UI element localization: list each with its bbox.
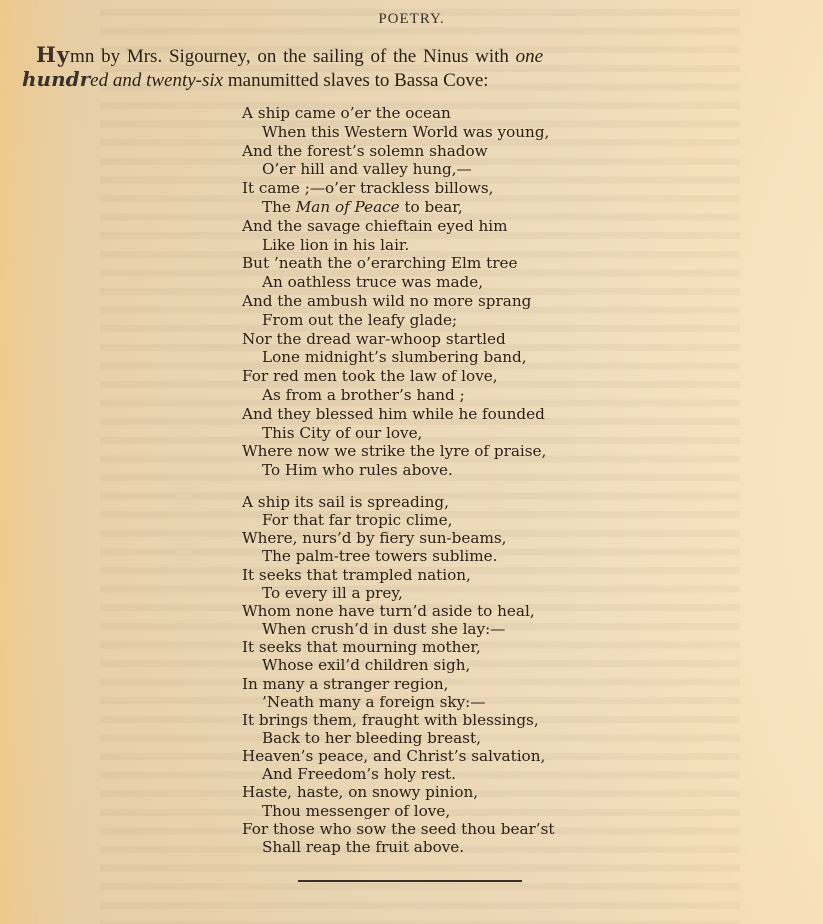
poem-line: Whom none have turn’d aside to heal,	[242, 602, 535, 620]
poem-line-text: And the savage chieftain eyed him	[242, 217, 508, 235]
poem-line-text: When this Western World was young,	[262, 123, 549, 141]
poem-line: As from a brother’s hand ;	[262, 386, 465, 404]
poem-line-text: To Him who rules above.	[262, 461, 453, 479]
poem-line-text: In many a stranger region,	[242, 675, 449, 693]
poem-line: When this Western World was young,	[262, 123, 549, 141]
poem-line-text: And they blessed him while he founded	[242, 405, 545, 423]
poem-line-text: Shall reap the fruit above.	[262, 838, 464, 856]
poem-line: And the forest’s solemn shadow	[242, 142, 488, 160]
poem-line-text: A ship its sail is spreading,	[242, 493, 449, 511]
poem-line: And the ambush wild no more sprang	[242, 292, 531, 310]
poem-body: A ship came o’er the oceanWhen this West…	[0, 0, 823, 924]
poem-line-text: And the ambush wild no more sprang	[242, 292, 531, 310]
poem-line: And the savage chieftain eyed him	[242, 217, 508, 235]
poem-line-text: To every ill a prey,	[262, 584, 403, 602]
poem-line: Thou messenger of love,	[262, 802, 450, 820]
poem-line-text: For that far tropic clime,	[262, 511, 452, 529]
poem-line: An oathless truce was made,	[262, 273, 483, 291]
poem-line: The palm-tree towers sublime.	[262, 547, 497, 565]
poem-line: ’Neath many a foreign sky:—	[262, 693, 485, 711]
poem-line: When crush’d in dust she lay:—	[262, 620, 505, 638]
poem-line: For red men took the law of love,	[242, 367, 498, 385]
poem-line-text: But ’neath the o’erarching Elm tree	[242, 254, 517, 272]
poem-line-text: The	[262, 198, 296, 216]
poem-line: Back to her bleeding breast,	[262, 729, 481, 747]
poem-line-text: O’er hill and valley hung,—	[262, 160, 472, 178]
poem-line: And they blessed him while he founded	[242, 405, 545, 423]
poem-line-text: to bear,	[400, 198, 463, 216]
poem-line-text: From out the leafy glade;	[262, 311, 457, 329]
poem-line: A ship came o’er the ocean	[242, 104, 451, 122]
poem-line-text: Haste, haste, on snowy pinion,	[242, 783, 478, 801]
poem-line: But ’neath the o’erarching Elm tree	[242, 254, 517, 272]
poem-line-text: For red men took the law of love,	[242, 367, 498, 385]
poem-line: A ship its sail is spreading,	[242, 493, 449, 511]
poem-line-text: Where, nurs’d by fiery sun-beams,	[242, 529, 506, 547]
poem-line: This City of our love,	[262, 424, 422, 442]
poem-line-text: And Freedom’s holy rest.	[262, 765, 456, 783]
poem-line: Like lion in his lair.	[262, 236, 409, 254]
poem-line-text: When crush’d in dust she lay:—	[262, 620, 505, 638]
poem-line: For those who sow the seed thou bear’st	[242, 820, 555, 838]
poem-line-text: It seeks that mourning mother,	[242, 638, 481, 656]
poem-line-italic: Man of Peace	[296, 198, 400, 216]
poem-line-text: Whose exil’d children sigh,	[262, 656, 470, 674]
poem-line: It brings them, fraught with blessings,	[242, 711, 539, 729]
poem-line-text: Lone midnight’s slumbering band,	[262, 348, 527, 366]
poem-line-text: An oathless truce was made,	[262, 273, 483, 291]
poem-line-text: The palm-tree towers sublime.	[262, 547, 497, 565]
poem-line-text: Where now we strike the lyre of praise,	[242, 442, 546, 460]
poem-line-text: It brings them, fraught with blessings,	[242, 711, 539, 729]
poem-line: The Man of Peace to bear,	[262, 198, 463, 216]
poem-line-text: Back to her bleeding breast,	[262, 729, 481, 747]
poem-line-text: Thou messenger of love,	[262, 802, 450, 820]
poem-line-text: Like lion in his lair.	[262, 236, 409, 254]
poem-line: To every ill a prey,	[262, 584, 403, 602]
poem-line: Where now we strike the lyre of praise,	[242, 442, 546, 460]
section-divider-rule	[298, 880, 522, 882]
poem-line-text: Whom none have turn’d aside to heal,	[242, 602, 535, 620]
poem-line: It seeks that trampled nation,	[242, 566, 471, 584]
poem-line: Haste, haste, on snowy pinion,	[242, 783, 478, 801]
poem-line: It seeks that mourning mother,	[242, 638, 481, 656]
poem-line: In many a stranger region,	[242, 675, 449, 693]
poem-line-text: This City of our love,	[262, 424, 422, 442]
poem-line-text: It seeks that trampled nation,	[242, 566, 471, 584]
poem-line: For that far tropic clime,	[262, 511, 452, 529]
poem-line: To Him who rules above.	[262, 461, 453, 479]
poem-line: Shall reap the fruit above.	[262, 838, 464, 856]
poem-line: Where, nurs’d by fiery sun-beams,	[242, 529, 506, 547]
poem-line-text: A ship came o’er the ocean	[242, 104, 451, 122]
poem-line: O’er hill and valley hung,—	[262, 160, 472, 178]
poem-line-text: ’Neath many a foreign sky:—	[262, 693, 485, 711]
poem-line-text: Heaven’s peace, and Christ’s salvation,	[242, 747, 545, 765]
poem-line: From out the leafy glade;	[262, 311, 457, 329]
poem-line: It came ;—o’er trackless billows,	[242, 179, 494, 197]
poem-line: Lone midnight’s slumbering band,	[262, 348, 527, 366]
poem-line-text: Nor the dread war-whoop startled	[242, 330, 506, 348]
poem-line-text: It came ;—o’er trackless billows,	[242, 179, 494, 197]
poem-line: Nor the dread war-whoop startled	[242, 330, 506, 348]
poem-line: Heaven’s peace, and Christ’s salvation,	[242, 747, 545, 765]
poem-line-text: And the forest’s solemn shadow	[242, 142, 488, 160]
poem-line-text: For those who sow the seed thou bear’st	[242, 820, 555, 838]
poem-line: And Freedom’s holy rest.	[262, 765, 456, 783]
poem-line-text: As from a brother’s hand ;	[262, 386, 465, 404]
poem-line: Whose exil’d children sigh,	[262, 656, 470, 674]
